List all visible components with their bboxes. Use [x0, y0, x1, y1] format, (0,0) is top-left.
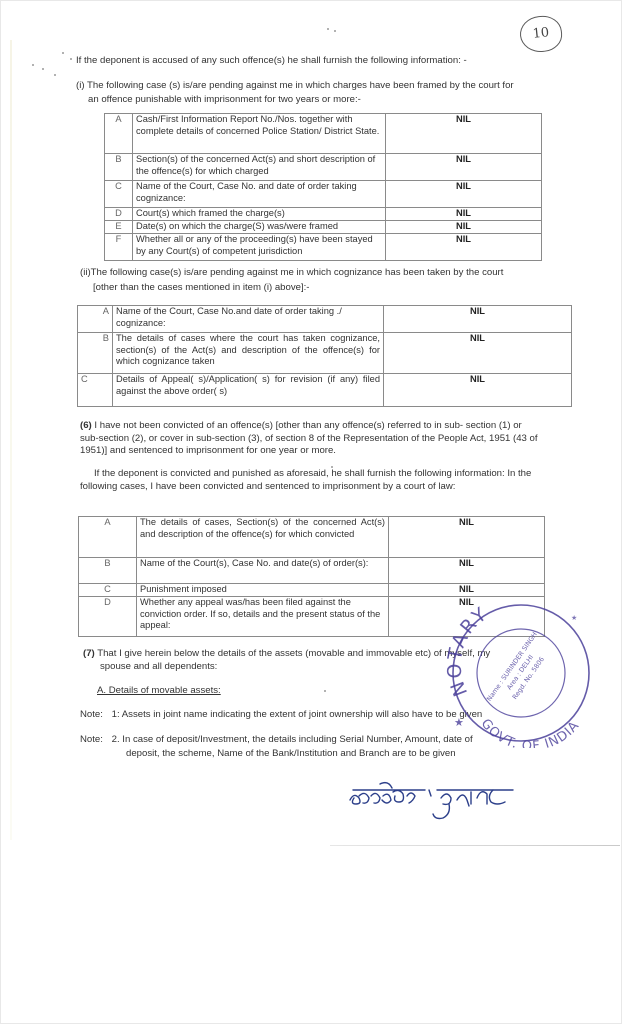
scan-edge — [10, 40, 12, 840]
row-description: Name of the Court(s), Case No. and date(… — [137, 558, 389, 584]
row-description: Date(s) on which the charge(S) was/were … — [133, 221, 386, 234]
row-letter: A — [78, 306, 113, 333]
section-ii-heading: (ii)The following case(s) is/are pending… — [80, 267, 503, 280]
row-value: NIL — [386, 154, 542, 181]
note-2: Note: 2. In case of deposit/Investment, … — [80, 734, 473, 747]
row-value: NIL — [386, 221, 542, 234]
row-description: Name of the Court, Case No.and date of o… — [113, 306, 384, 333]
scan-speck — [54, 74, 56, 76]
row-description: Details of Appeal( s)/Application( s) fo… — [113, 374, 384, 407]
section-7-number: (7) — [83, 648, 95, 659]
row-value: NIL — [384, 306, 572, 333]
row-description: Cash/First Information Report No./Nos. t… — [133, 114, 386, 154]
scan-speck — [327, 28, 329, 30]
section-6-number: (6) — [80, 420, 92, 431]
row-value: NIL — [389, 558, 545, 584]
svg-text:GOVT. OF INDIA: GOVT. OF INDIA — [478, 716, 583, 748]
section-ii-heading-cont: [other than the cases mentioned in item … — [93, 282, 310, 295]
row-description: Name of the Court, Case No. and date of … — [133, 181, 386, 208]
note-1-text: 1: Assets in joint name indicating the e… — [112, 709, 483, 720]
section-6-statement: (6) I have not been convicted of an offe… — [80, 420, 540, 458]
table-row: BSection(s) of the concerned Act(s) and … — [105, 154, 542, 181]
row-value: NIL — [384, 374, 572, 407]
row-letter: C — [79, 584, 137, 597]
scan-speck — [62, 52, 64, 54]
row-description: Whether any appeal was/has been filed ag… — [137, 597, 389, 637]
page-bottom-rule — [330, 845, 620, 846]
table-row: AThe details of cases, Section(s) of the… — [79, 517, 545, 558]
pending-charges-table: ACash/First Information Report No./Nos. … — [104, 113, 542, 261]
row-description: Punishment imposed — [137, 584, 389, 597]
row-value: NIL — [386, 114, 542, 154]
notary-stamp-icon: NOTARY GOVT. OF INDIA Name : SURINDER SI… — [446, 598, 596, 748]
section-7-line2: spouse and all dependents: — [100, 661, 217, 674]
row-letter: C — [78, 374, 113, 407]
scan-speck — [32, 64, 34, 66]
row-value: NIL — [389, 584, 545, 597]
cognizance-cases-table: AName of the Court, Case No.and date of … — [77, 305, 572, 407]
section-6-text: I have not been convicted of an offence(… — [80, 420, 538, 456]
row-value: NIL — [389, 517, 545, 558]
table-row: ACash/First Information Report No./Nos. … — [105, 114, 542, 154]
note-1-label: Note: — [80, 709, 103, 720]
section-i-heading-cont: an offence punishable with imprisonment … — [88, 94, 361, 107]
svg-text:★: ★ — [571, 614, 577, 622]
intro-text: If the deponent is accused of any such o… — [76, 55, 467, 68]
row-letter: E — [105, 221, 133, 234]
row-letter: C — [105, 181, 133, 208]
row-value: NIL — [386, 181, 542, 208]
section-i-heading: (i) The following case (s) is/are pendin… — [76, 80, 514, 93]
row-value: NIL — [386, 234, 542, 261]
section-7-text: That I give herein below the details of … — [97, 648, 490, 659]
scan-speck — [42, 68, 44, 70]
table-row: BName of the Court(s), Case No. and date… — [79, 558, 545, 584]
row-letter: D — [79, 597, 137, 637]
row-letter: F — [105, 234, 133, 261]
note-1: Note: 1: Assets in joint name indicating… — [80, 709, 482, 722]
row-description: The details of cases where the court has… — [113, 333, 384, 374]
row-letter: A — [105, 114, 133, 154]
row-letter: B — [79, 558, 137, 584]
table-row: DCourt(s) which framed the charge(s)NIL — [105, 208, 542, 221]
row-letter: B — [105, 154, 133, 181]
row-value: NIL — [384, 333, 572, 374]
table-row: FWhether all or any of the proceeding(s)… — [105, 234, 542, 261]
scan-speck — [70, 58, 72, 60]
row-description: Court(s) which framed the charge(s) — [133, 208, 386, 221]
note-2-label: Note: — [80, 734, 103, 745]
row-letter: B — [78, 333, 113, 374]
note-2-text-line1: 2. In case of deposit/Investment, the de… — [112, 734, 473, 745]
row-value: NIL — [386, 208, 542, 221]
row-description: Whether all or any of the proceeding(s) … — [133, 234, 386, 261]
svg-text:NOTARY: NOTARY — [446, 603, 492, 700]
note-2-text-line2: deposit, the scheme, Name of the Bank/In… — [126, 748, 456, 761]
scan-speck — [334, 30, 336, 32]
row-description: Section(s) of the concerned Act(s) and s… — [133, 154, 386, 181]
convicted-intro: If the deponent is convicted and punishe… — [80, 468, 542, 493]
section-7-line1: (7) That I give herein below the details… — [83, 648, 490, 661]
movable-assets-heading-text: A. Details of movable assets: — [97, 685, 221, 696]
row-letter: D — [105, 208, 133, 221]
table-row: CDetails of Appeal( s)/Application( s) f… — [78, 374, 572, 407]
row-description: The details of cases, Section(s) of the … — [137, 517, 389, 558]
movable-assets-heading: A. Details of movable assets: — [97, 685, 221, 698]
table-row: CPunishment imposedNIL — [79, 584, 545, 597]
scan-speck — [324, 690, 326, 692]
table-row: AName of the Court, Case No.and date of … — [78, 306, 572, 333]
table-row: CName of the Court, Case No. and date of… — [105, 181, 542, 208]
row-letter: A — [79, 517, 137, 558]
table-row: BThe details of cases where the court ha… — [78, 333, 572, 374]
table-row: EDate(s) on which the charge(S) was/were… — [105, 221, 542, 234]
svg-text:★: ★ — [454, 717, 464, 729]
signature-icon — [345, 778, 545, 824]
